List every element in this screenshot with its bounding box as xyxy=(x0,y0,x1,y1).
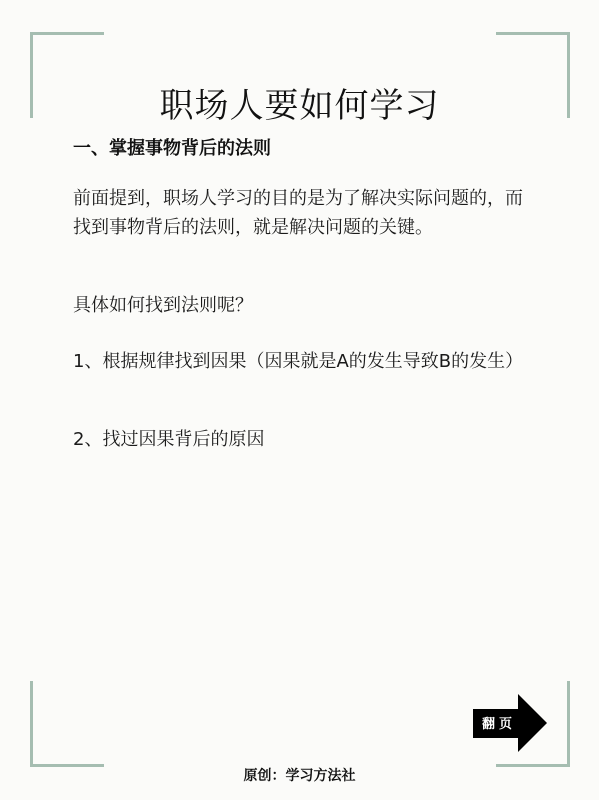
paragraph-intro: 前面提到，职场人学习的目的是为了解决实际问题的，而找到事物背后的法则，就是解决问… xyxy=(73,184,533,242)
next-page-button[interactable]: 翻页 xyxy=(473,694,547,752)
page-title: 职场人要如何学习 xyxy=(0,78,599,127)
bracket-line xyxy=(567,681,570,767)
footer-credit: 原创：学习方法社 xyxy=(0,765,599,785)
section-heading: 一、掌握事物背后的法则 xyxy=(73,134,533,160)
next-page-label: 翻页 xyxy=(482,713,516,732)
list-item-1: 1、根据规律找到因果（因果就是A的发生导致B的发生） xyxy=(73,347,533,376)
bracket-line xyxy=(30,681,33,767)
bracket-line xyxy=(496,32,570,35)
bracket-line xyxy=(30,32,104,35)
paragraph-question: 具体如何找到法则呢？ xyxy=(73,291,533,320)
list-item-2: 2、找过因果背后的原因 xyxy=(73,425,533,454)
